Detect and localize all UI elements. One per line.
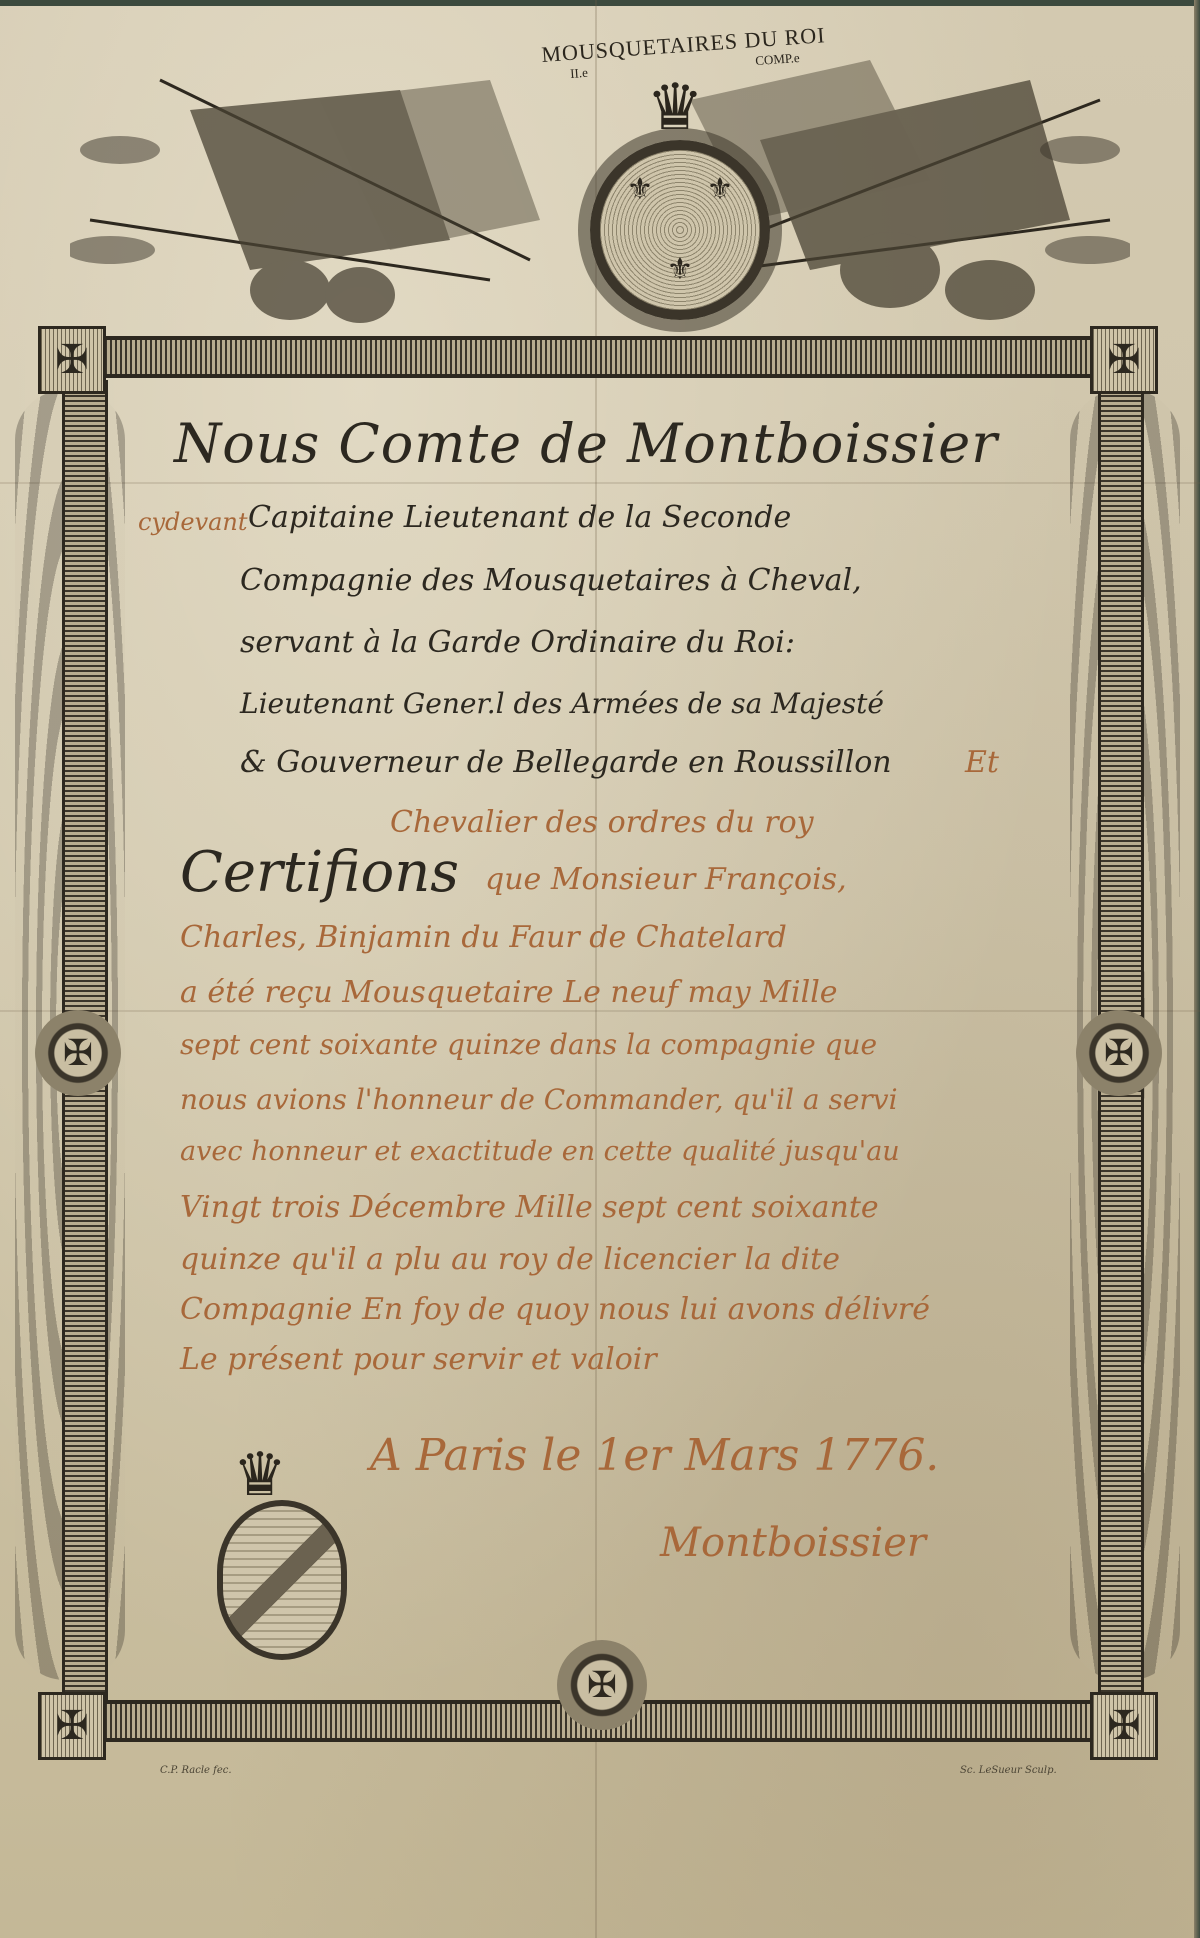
corner-cross-icon: ✠	[38, 1692, 106, 1760]
engraved-line-5: Lieutenant Gener.l des Armées de sa Maje…	[240, 687, 884, 720]
dateline: A Paris le 1er Mars 1776.	[370, 1430, 939, 1481]
manuscript-line-5: sept cent soixante quinze dans la compag…	[180, 1028, 877, 1061]
fold-line-horizontal	[0, 482, 1200, 484]
engraver-imprint-right: Sc. LeSueur Sculp.	[960, 1765, 1057, 1776]
heraldic-shield	[217, 1500, 347, 1660]
manuscript-line-6: nous avions l'honneur de Commander, qu'i…	[180, 1083, 898, 1116]
manuscript-line-8: Vingt trois Décembre Mille sept cent soi…	[180, 1190, 879, 1225]
military-trophy-engraving: MOUSQUETAIRES DU ROI II.e COMP.e ♛ ⚜ ⚜ ⚜…	[70, 20, 1130, 340]
side-medallion-cross-icon: ✠	[35, 1010, 121, 1096]
fold-line-horizontal	[0, 1010, 1200, 1012]
issuer-heading: Nous Comte de Montboissier	[174, 412, 998, 475]
engraved-line-6: & Gouverneur de Bellegarde en Roussillon	[240, 745, 892, 780]
manuscript-et: Et	[965, 745, 999, 780]
engraved-line-3: Compagnie des Mousquetaires à Cheval,	[240, 563, 862, 598]
royal-arms-shield: ⚜ ⚜ ⚜	[590, 140, 770, 320]
banner-company-number: II.e	[570, 65, 589, 82]
corner-cross-icon: ✠	[1090, 1692, 1158, 1760]
signature: Montboissier	[660, 1520, 926, 1566]
manuscript-line-2: que Monsieur François,	[485, 862, 847, 897]
backdrop-edge	[1194, 0, 1200, 1938]
manuscript-line-1: Chevalier des ordres du roy	[390, 805, 814, 840]
manuscript-prefix: cydevant	[138, 508, 248, 536]
bottom-wreath-cross-icon: ✠	[557, 1640, 647, 1730]
montboissier-coat-of-arms: ♛	[175, 1440, 375, 1670]
manuscript-line-3: Charles, Binjamin du Faur de Chatelard	[180, 920, 787, 955]
frame-top-border	[95, 336, 1105, 378]
certifions-heading: Certifions	[180, 840, 459, 905]
side-medallion-cross-icon: ✠	[1076, 1010, 1162, 1096]
engraver-imprint-left: C.P. Racle fec.	[160, 1765, 232, 1776]
fleur-de-lis-icon: ⚜	[600, 175, 680, 205]
corner-cross-icon: ✠	[1090, 326, 1158, 394]
engraved-line-2: Capitaine Lieutenant de la Seconde	[248, 500, 791, 535]
crown-icon: ♛	[630, 78, 720, 138]
engraved-line-4: servant à la Garde Ordinaire du Roi:	[240, 625, 795, 660]
document-sheet: MOUSQUETAIRES DU ROI II.e COMP.e ♛ ⚜ ⚜ ⚜…	[0, 0, 1200, 1938]
fleur-de-lis-icon: ⚜	[680, 175, 760, 205]
manuscript-line-7: avec honneur et exactitude en cette qual…	[180, 1136, 900, 1167]
banner-company-label: COMP.e	[755, 50, 800, 69]
backdrop-strip	[0, 0, 1200, 6]
manuscript-line-11: Le présent pour servir et valoir	[180, 1342, 657, 1377]
corner-cross-icon: ✠	[38, 326, 106, 394]
manuscript-line-9: quinze qu'il a plu au roy de licencier l…	[180, 1242, 840, 1277]
fleur-de-lis-icon: ⚜	[600, 255, 760, 285]
manuscript-line-4: a été reçu Mousquetaire Le neuf may Mill…	[180, 975, 838, 1010]
manuscript-line-10: Compagnie En foy de quoy nous lui avons …	[180, 1292, 930, 1327]
